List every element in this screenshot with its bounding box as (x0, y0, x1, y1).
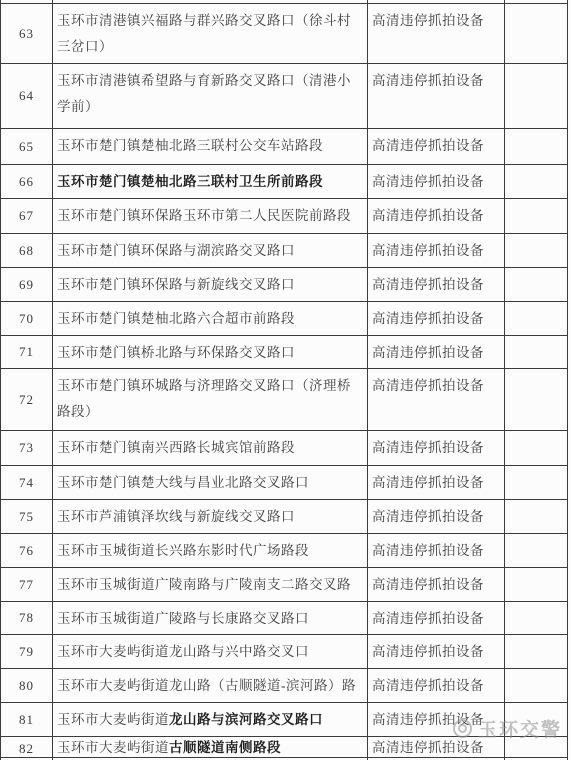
row-number-cell: 74 (1, 466, 53, 500)
row-number: 68 (1, 234, 52, 267)
location-cell: 玉环市楚门镇南兴西路长城宾馆前路段 (53, 431, 368, 466)
location-cell: 玉环市楚门镇楚柚北路六合超市前路段 (53, 302, 368, 336)
location-text: 玉环市大麦屿街道龙山路与兴中路交叉口 (57, 644, 309, 659)
row-number: 76 (1, 534, 52, 567)
row-number: 69 (1, 268, 52, 301)
device-type-cell: 高清违停抓拍设备 (368, 737, 505, 758)
device-type-cell: 高清违停抓拍设备 (368, 369, 505, 431)
location-cell: 玉环市芦浦镇泽坎线与新旋线交叉路口 (53, 500, 368, 534)
device-type-cell: 高清违停抓拍设备 (368, 234, 505, 268)
device-type: 高清违停抓拍设备 (368, 534, 504, 567)
device-type: 高清违停抓拍设备 (368, 635, 504, 668)
device-type-cell: 高清违停抓拍设备 (368, 199, 505, 234)
table-row: 65 玉环市楚门镇楚柚北路三联村公交车站路段 高清违停抓拍设备 (1, 129, 568, 165)
device-type-cell: 高清违停抓拍设备 (368, 703, 505, 737)
device-type: 高清违停抓拍设备 (368, 129, 504, 164)
camera-table-rows: 63 玉环市清港镇兴福路与群兴路交叉路口（徐斗村三岔口） 高清违停抓拍设备 64… (1, 0, 568, 760)
empty-cell (505, 302, 568, 336)
row-number-cell: 71 (1, 336, 53, 369)
location-cell: 玉环市楚门镇楚柚北路三联村公交车站路段 (53, 129, 368, 165)
row-number: 77 (1, 568, 52, 601)
row-number: 80 (1, 669, 52, 702)
row-number: 73 (1, 431, 52, 465)
table-row: 73 玉环市楚门镇南兴西路长城宾馆前路段 高清违停抓拍设备 (1, 431, 568, 466)
row-number: 66 (1, 165, 52, 198)
location-cell: 玉环市楚门镇楚大线与昌业北路交叉路口 (53, 466, 368, 500)
location-cell: 玉环市大麦屿街道龙山路（古顺隧道-滨河路）路段 (53, 669, 368, 703)
location-cell: 玉环市楚门镇环城路与济理路交叉路口（济理桥路段） (53, 369, 368, 431)
location-text: 玉环市楚门镇环保路玉环市第二人民医院前路段 (57, 208, 351, 223)
device-type-cell: 高清违停抓拍设备 (368, 4, 505, 64)
empty-cell (505, 568, 568, 602)
empty-cell (505, 466, 568, 500)
row-number-cell: 77 (1, 568, 53, 602)
device-type-cell: 高清违停抓拍设备 (368, 336, 505, 369)
location-text: 玉环市楚门镇环保路与湖滨路交叉路口 (57, 243, 295, 258)
row-number-cell: 63 (1, 4, 53, 64)
device-type-cell: 高清违停抓拍设备 (368, 268, 505, 302)
location-text: 玉环市玉城街道广陵南路与广陵南支二路交叉路口 (57, 577, 351, 601)
row-number: 81 (1, 703, 52, 736)
device-type-cell: 高清违停抓拍设备 (368, 669, 505, 703)
empty-cell (505, 703, 568, 737)
table-row: 80 玉环市大麦屿街道龙山路（古顺隧道-滨河路）路段 高清违停抓拍设备 (1, 669, 568, 703)
row-number: 67 (1, 199, 52, 233)
device-type: 高清违停抓拍设备 (368, 199, 504, 233)
empty-cell (505, 64, 568, 129)
location-cell: 玉环市清港镇兴福路与群兴路交叉路口（徐斗村三岔口） (53, 4, 368, 64)
empty-cell (505, 268, 568, 302)
table-row: 70 玉环市楚门镇楚柚北路六合超市前路段 高清违停抓拍设备 (1, 302, 568, 336)
table-row: 72 玉环市楚门镇环城路与济理路交叉路口（济理桥路段） 高清违停抓拍设备 (1, 369, 568, 431)
row-number: 75 (1, 500, 52, 533)
row-number: 72 (1, 369, 52, 430)
location-cell: 玉环市楚门镇楚柚北路三联村卫生所前路段 (53, 165, 368, 199)
location-text: 玉环市大麦屿街道龙山路（古顺隧道-滨河路）路段 (57, 678, 356, 702)
location-text: 玉环市楚门镇南兴西路长城宾馆前路段 (57, 440, 295, 455)
empty-cell (505, 500, 568, 534)
location-text: 玉环市玉城街道广陵路与长康路交叉路口 (57, 611, 309, 626)
location-text: 玉环市玉城街道长兴路东影时代广场路段 (57, 543, 309, 558)
row-number-cell: 66 (1, 165, 53, 199)
row-number-cell: 68 (1, 234, 53, 268)
device-type: 高清违停抓拍设备 (368, 302, 504, 335)
row-number-cell: 73 (1, 431, 53, 466)
device-type-cell: 高清违停抓拍设备 (368, 64, 505, 129)
row-number: 63 (1, 4, 52, 63)
empty-cell (505, 602, 568, 635)
table-row: 76 玉环市玉城街道长兴路东影时代广场路段 高清违停抓拍设备 (1, 534, 568, 568)
empty-cell (505, 129, 568, 165)
location-text: 玉环市大麦屿街道 (57, 712, 169, 727)
device-type-cell: 高清违停抓拍设备 (368, 635, 505, 669)
device-type: 高清违停抓拍设备 (368, 431, 504, 465)
table-row: 79 玉环市大麦屿街道龙山路与兴中路交叉口 高清违停抓拍设备 (1, 635, 568, 669)
device-type-cell: 高清违停抓拍设备 (368, 165, 505, 199)
row-number: 78 (1, 602, 52, 634)
location-text: 玉环市楚门镇楚柚北路三联村公交车站路段 (57, 138, 323, 153)
location-text: 玉环市芦浦镇泽坎线与新旋线交叉路口 (57, 509, 295, 524)
device-type-cell: 高清违停抓拍设备 (368, 302, 505, 336)
location-cell: 玉环市楚门镇桥北路与环保路交叉路口 (53, 336, 368, 369)
empty-cell (505, 369, 568, 431)
empty-cell (505, 336, 568, 369)
location-text: 玉环市楚门镇环城路与济理路交叉路口（济理桥路段） (57, 378, 351, 419)
table-row: 63 玉环市清港镇兴福路与群兴路交叉路口（徐斗村三岔口） 高清违停抓拍设备 (1, 4, 568, 64)
location-cell: 玉环市玉城街道广陵路与长康路交叉路口 (53, 602, 368, 635)
location-text: 玉环市楚门镇环保路与新旋线交叉路口 (57, 277, 295, 292)
empty-cell (505, 669, 568, 703)
device-type-cell: 高清违停抓拍设备 (368, 431, 505, 466)
location-cell: 玉环市清港镇希望路与育新路交叉路口（清港小学前） (53, 64, 368, 129)
device-type-cell: 高清违停抓拍设备 (368, 534, 505, 568)
camera-locations-table: 63 玉环市清港镇兴福路与群兴路交叉路口（徐斗村三岔口） 高清违停抓拍设备 64… (0, 0, 568, 760)
location-text-bold: 龙山路与滨河路交叉路口 (169, 712, 323, 727)
empty-cell (505, 234, 568, 268)
location-cell: 玉环市大麦屿街道龙山路与兴中路交叉口 (53, 635, 368, 669)
location-cell: 玉环市玉城街道广陵南路与广陵南支二路交叉路口 (53, 568, 368, 602)
device-type: 高清违停抓拍设备 (368, 669, 504, 702)
row-number-cell: 78 (1, 602, 53, 635)
device-type: 高清违停抓拍设备 (368, 336, 504, 368)
row-number-cell: 82 (1, 737, 53, 758)
location-text: 玉环市楚门镇桥北路与环保路交叉路口 (57, 345, 295, 360)
device-type: 高清违停抓拍设备 (368, 268, 504, 301)
row-number-cell: 70 (1, 302, 53, 336)
device-type-cell: 高清违停抓拍设备 (368, 129, 505, 165)
table-row: 64 玉环市清港镇希望路与育新路交叉路口（清港小学前） 高清违停抓拍设备 (1, 64, 568, 129)
empty-cell (505, 4, 568, 64)
empty-cell (505, 165, 568, 199)
device-type-cell: 高清违停抓拍设备 (368, 568, 505, 602)
location-text-bold: 古顺隧道南侧路段 (169, 740, 281, 755)
device-type: 高清违停抓拍设备 (368, 64, 504, 128)
row-number-cell: 79 (1, 635, 53, 669)
location-cell: 玉环市玉城街道长兴路东影时代广场路段 (53, 534, 368, 568)
row-number-cell: 65 (1, 129, 53, 165)
location-cell: 玉环市大麦屿街道古顺隧道南侧路段 (53, 737, 368, 758)
device-type: 高清违停抓拍设备 (368, 602, 504, 634)
device-type: 高清违停抓拍设备 (368, 234, 504, 267)
empty-cell (505, 534, 568, 568)
device-type: 高清违停抓拍设备 (368, 737, 504, 757)
location-text: 玉环市楚门镇楚柚北路六合超市前路段 (57, 311, 295, 326)
device-type: 高清违停抓拍设备 (368, 369, 504, 430)
row-number-cell: 81 (1, 703, 53, 737)
location-cell: 玉环市大麦屿街道龙山路与滨河路交叉路口 (53, 703, 368, 737)
table-row: 68 玉环市楚门镇环保路与湖滨路交叉路口 高清违停抓拍设备 (1, 234, 568, 268)
empty-cell (505, 199, 568, 234)
device-type-cell: 高清违停抓拍设备 (368, 500, 505, 534)
location-cell: 玉环市楚门镇环保路玉环市第二人民医院前路段 (53, 199, 368, 234)
row-number: 79 (1, 635, 52, 668)
row-number-cell: 67 (1, 199, 53, 234)
table-row: 81 玉环市大麦屿街道龙山路与滨河路交叉路口 高清违停抓拍设备 (1, 703, 568, 737)
row-number-cell: 72 (1, 369, 53, 431)
row-number-cell: 80 (1, 669, 53, 703)
row-number: 64 (1, 64, 52, 128)
row-number: 65 (1, 129, 52, 164)
row-number-cell: 75 (1, 500, 53, 534)
row-number-cell: 76 (1, 534, 53, 568)
empty-cell (505, 737, 568, 758)
table-row: 75 玉环市芦浦镇泽坎线与新旋线交叉路口 高清违停抓拍设备 (1, 500, 568, 534)
table-row: 82 玉环市大麦屿街道古顺隧道南侧路段 高清违停抓拍设备 (1, 737, 568, 758)
device-type: 高清违停抓拍设备 (368, 500, 504, 533)
row-number: 70 (1, 302, 52, 335)
device-type: 高清违停抓拍设备 (368, 4, 504, 63)
device-type-cell: 高清违停抓拍设备 (368, 466, 505, 500)
empty-cell (505, 635, 568, 669)
location-text: 玉环市清港镇希望路与育新路交叉路口（清港小学前） (57, 73, 351, 114)
row-number-cell: 69 (1, 268, 53, 302)
location-cell: 玉环市楚门镇环保路与湖滨路交叉路口 (53, 234, 368, 268)
location-cell: 玉环市楚门镇环保路与新旋线交叉路口 (53, 268, 368, 302)
document-page: 63 玉环市清港镇兴福路与群兴路交叉路口（徐斗村三岔口） 高清违停抓拍设备 64… (0, 0, 571, 760)
row-number: 71 (1, 336, 52, 368)
row-number-cell: 64 (1, 64, 53, 129)
table-row: 77 玉环市玉城街道广陵南路与广陵南支二路交叉路口 高清违停抓拍设备 (1, 568, 568, 602)
table-row: 78 玉环市玉城街道广陵路与长康路交叉路口 高清违停抓拍设备 (1, 602, 568, 635)
table-row: 67 玉环市楚门镇环保路玉环市第二人民医院前路段 高清违停抓拍设备 (1, 199, 568, 234)
table-row: 66 玉环市楚门镇楚柚北路三联村卫生所前路段 高清违停抓拍设备 (1, 165, 568, 199)
table-row: 69 玉环市楚门镇环保路与新旋线交叉路口 高清违停抓拍设备 (1, 268, 568, 302)
row-number: 74 (1, 466, 52, 499)
device-type: 高清违停抓拍设备 (368, 165, 504, 198)
location-text: 玉环市大麦屿街道 (57, 740, 169, 755)
device-type: 高清违停抓拍设备 (368, 466, 504, 499)
empty-cell (505, 431, 568, 466)
location-text: 玉环市楚门镇楚大线与昌业北路交叉路口 (57, 475, 309, 490)
location-text: 玉环市清港镇兴福路与群兴路交叉路口（徐斗村三岔口） (57, 13, 351, 54)
location-text-bold: 玉环市楚门镇楚柚北路三联村卫生所前路段 (57, 174, 323, 189)
row-number: 82 (1, 737, 52, 757)
device-type-cell: 高清违停抓拍设备 (368, 602, 505, 635)
table-row: 71 玉环市楚门镇桥北路与环保路交叉路口 高清违停抓拍设备 (1, 336, 568, 369)
device-type: 高清违停抓拍设备 (368, 703, 504, 736)
device-type: 高清违停抓拍设备 (368, 568, 504, 601)
table-row: 74 玉环市楚门镇楚大线与昌业北路交叉路口 高清违停抓拍设备 (1, 466, 568, 500)
